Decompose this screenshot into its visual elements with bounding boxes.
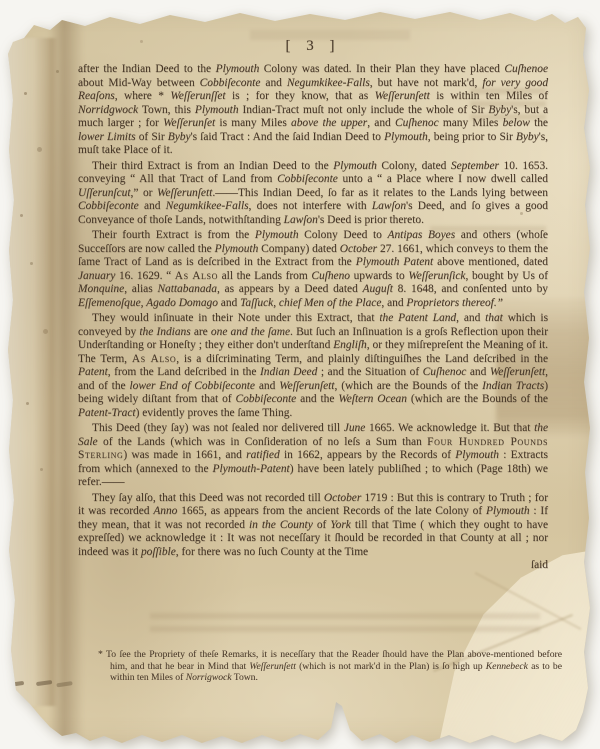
paper-shadow-wrap: [ 3 ] after the Indian Deed to the Plymo… [0, 0, 600, 749]
text-segment: October [340, 243, 377, 255]
text-segment: poſſible [141, 546, 176, 558]
text-segment: Plymouth [455, 449, 499, 461]
text-segment: Plymouth [333, 160, 377, 172]
text-segment: Nattabanada [157, 283, 217, 295]
text-segment: September [451, 160, 499, 172]
text-segment: about Mid-Way between [78, 77, 200, 89]
text-segment: Negumkikee-Falls [287, 77, 370, 89]
text-segment: all the Lands from [218, 270, 311, 282]
paragraph: after the Indian Deed to the Plymouth Co… [78, 63, 548, 158]
text-segment: above the upper [291, 117, 367, 129]
text-segment: many Miles [439, 117, 503, 129]
text-segment: Plymouth [486, 505, 530, 517]
text-segment: and [218, 297, 240, 309]
footnote-text: * To ſee the Propriety of theſe Remarks,… [98, 649, 562, 684]
text-segment: York [330, 519, 350, 531]
text-segment: Taſſuck, chief Men of the Place [240, 297, 381, 309]
text-segment: ,” or [131, 187, 158, 199]
text-segment: Their third Extract is from an Indian De… [92, 160, 333, 172]
text-segment: of the Lands (which was in Conſideration… [98, 436, 428, 448]
text-segment: , where * [115, 90, 171, 102]
text-segment: the Patent Land [379, 312, 456, 324]
text-segment: Colony was dated. In their Plan they hav… [259, 63, 504, 75]
text-segment: ; and the Situation of [317, 366, 422, 378]
text-segment: Weſſerunſett [157, 187, 212, 199]
text-segment: and [260, 77, 286, 89]
text-segment: Colony Deed to [299, 229, 388, 241]
text-segment: and the [296, 393, 338, 405]
text-segment: June [344, 422, 366, 434]
text-segment: Auguſt [363, 283, 393, 295]
text-segment: , alias [124, 283, 157, 295]
text-segment: Indian Deed [260, 366, 317, 378]
text-segment: Weſſerunſett [375, 90, 430, 102]
text-segment: , but have not mark'd, [370, 77, 483, 89]
text-segment: Weſſerunſett [249, 661, 296, 672]
text-segment: Weſſerunſick [408, 270, 465, 282]
bleedthrough-ghost [150, 613, 540, 637]
text-segment: , bought by Us of [465, 270, 548, 282]
text-segment: lower Limits [78, 131, 136, 143]
text-segment: in the County [249, 519, 313, 531]
text-segment: They ſay alſo, that this Deed was not re… [92, 492, 324, 504]
text-segment: January [78, 270, 115, 282]
text-segment: Monquine [78, 283, 124, 295]
text-segment: Company) dated [258, 243, 339, 255]
text-segment: is many Miles [215, 117, 291, 129]
scanned-page: [ 3 ] after the Indian Deed to the Plymo… [0, 0, 600, 749]
text-segment: upwards to [350, 270, 408, 282]
text-segment: Town. [232, 672, 258, 683]
text-segment: and [139, 200, 166, 212]
text-segment: Town, this [138, 104, 195, 116]
text-segment: one and the ſame [211, 326, 290, 338]
text-segment: Norridgwock [78, 104, 138, 116]
paper-sheet: [ 3 ] after the Indian Deed to the Plymo… [0, 0, 600, 749]
text-segment: Weſſerunſet [163, 117, 215, 129]
text-segment: Cobbiſeconte [78, 200, 139, 212]
text-segment: October [324, 492, 361, 504]
text-segment: Cuſhenoe [504, 63, 548, 75]
text-segment: As Also [132, 353, 176, 365]
text-segment: , and [381, 297, 406, 309]
text-segment: Lawſon [372, 200, 406, 212]
text-segment: and [466, 366, 490, 378]
paragraph: They would inſinuate in their Note under… [78, 312, 548, 420]
text-segment: (which is not mark'd in the Plan) is ſo … [296, 661, 486, 672]
text-segment: Engliſh [333, 339, 367, 351]
text-segment: Plymouth Patent [356, 256, 433, 268]
text-segment: , does not interfere with [249, 200, 372, 212]
text-segment: (which are the Bounds of the [407, 393, 548, 405]
text-segment: Plymouth [255, 229, 299, 241]
text-segment: Cuſhenoc [423, 366, 467, 378]
text-segment: Byby [516, 131, 539, 143]
text-segment: This Deed (they ſay) was not ſealed nor … [92, 422, 344, 434]
text-segment: in 1662, appears by the Records of [280, 449, 456, 461]
text-segment: after the Indian Deed to the [78, 63, 216, 75]
text-segment: .——This Indian Deed, ſo far as it relate… [212, 187, 548, 199]
text-segment: Uſſerunſcut [78, 187, 131, 199]
paragraph: Their fourth Extract is from the Plymout… [78, 229, 548, 310]
text-segment: 8. 1648, and conſented unto by [393, 283, 548, 295]
paragraph: This Deed (they ſay) was not ſealed nor … [78, 422, 548, 490]
text-segment: above mentioned, dated [433, 256, 548, 268]
text-segment: below [503, 117, 530, 129]
text-segment: Plymouth [195, 104, 239, 116]
text-segment: Cobbiſeconte [200, 77, 261, 89]
paragraph: They ſay alſo, that this Deed was not re… [78, 492, 548, 560]
page-number: [ 3 ] [78, 38, 548, 55]
text-segment: ) evidently proves the ſame Thing. [136, 407, 293, 419]
catchword: ſaid [78, 559, 548, 573]
page-text: after the Indian Deed to the Plymouth Co… [78, 63, 548, 573]
text-segment: Weſtern Ocean [338, 393, 407, 405]
text-segment: Negumkikee-Falls [166, 200, 249, 212]
text-segment: ) was made in 1661, and [123, 449, 246, 461]
text-segment: Colony, dated [377, 160, 451, 172]
text-segment: , from the Land deſcribed in the [108, 366, 260, 378]
text-segment: is within ten Miles of [430, 90, 548, 102]
text-segment: , and [367, 117, 395, 129]
text-segment: , (which are the Bounds of the [334, 380, 482, 392]
text-segment: , and [456, 312, 485, 324]
text-segment: unto a “ a Place where I now dwell calle… [338, 173, 548, 185]
text-segment: Plymouth [384, 131, 428, 143]
text-segment: Cuſhenoc [395, 117, 439, 129]
text-segment: of Sir [136, 131, 168, 143]
text-segment: 's ſaid Tract : And the ſaid Indian Deed… [191, 131, 385, 143]
text-segment: and [255, 380, 279, 392]
text-segment: Patent-Tract [78, 407, 136, 419]
text-segment: Antipas Boyes [388, 229, 456, 241]
text-segment: Proprietors thereof.” [406, 297, 503, 309]
text-segment: Eſſemenoſque, Agado Domago [78, 297, 218, 309]
text-segment: Byby [168, 131, 191, 143]
foxing-specks [0, 0, 3, 3]
text-segment: Cobbiſeconte [236, 393, 297, 405]
text-segment: Weſſerunſett [490, 366, 545, 378]
text-segment: the [530, 117, 548, 129]
text-segment: Weſſerunſett [279, 380, 334, 392]
paragraph: Their third Extract is from an Indian De… [78, 160, 548, 228]
text-segment: Plymouth-Patent [213, 463, 290, 475]
text-segment: 1665, as appears from the ancient Record… [177, 505, 486, 517]
text-segment: , is a diſcriminating Term, and plainly … [176, 353, 548, 365]
text-segment: Plymouth [216, 63, 260, 75]
text-segment: As Also [175, 270, 218, 282]
text-segment: Anno [153, 505, 177, 517]
text-segment: Weſſerunſſet [170, 90, 225, 102]
text-segment: , being prior to Sir [428, 131, 516, 143]
text-segment: that [485, 312, 503, 324]
text-segment: the Indians [139, 326, 190, 338]
text-segment: , as appears by a Deed dated [217, 283, 363, 295]
text-segment: 16. 1629. “ [115, 270, 174, 282]
text-segment: ratified [246, 449, 280, 461]
text-segment: Cobbiſeconte [277, 173, 338, 185]
text-segment: 's Deed is prior thereto. [318, 214, 424, 226]
text-segment: Indian Tracts [482, 380, 544, 392]
text-segment: Plymouth [215, 243, 259, 255]
text-segment: , for there was no ſuch County at the Ti… [176, 546, 368, 558]
text-segment: Their fourth Extract is from the [92, 229, 255, 241]
text-segment: They would inſinuate in their Note under… [92, 312, 379, 324]
text-segment: Byby [488, 104, 511, 116]
text-segment: 1665. We acknowledge it. But that [365, 422, 534, 434]
text-segment: Norrigwock [186, 672, 232, 683]
text-segment: Kennebeck [486, 661, 528, 672]
text-segment: lower End of Cobbiſeconte [129, 380, 255, 392]
text-segment: of [313, 519, 331, 531]
text-segment: Patent [78, 366, 108, 378]
text-segment: Indian-Tract muſt not only include the w… [239, 104, 489, 116]
text-segment: Cuſheno [311, 270, 350, 282]
text-segment: Lawſon [284, 214, 318, 226]
text-segment: are [191, 326, 211, 338]
text-segment: is ; for they know, that as [226, 90, 375, 102]
